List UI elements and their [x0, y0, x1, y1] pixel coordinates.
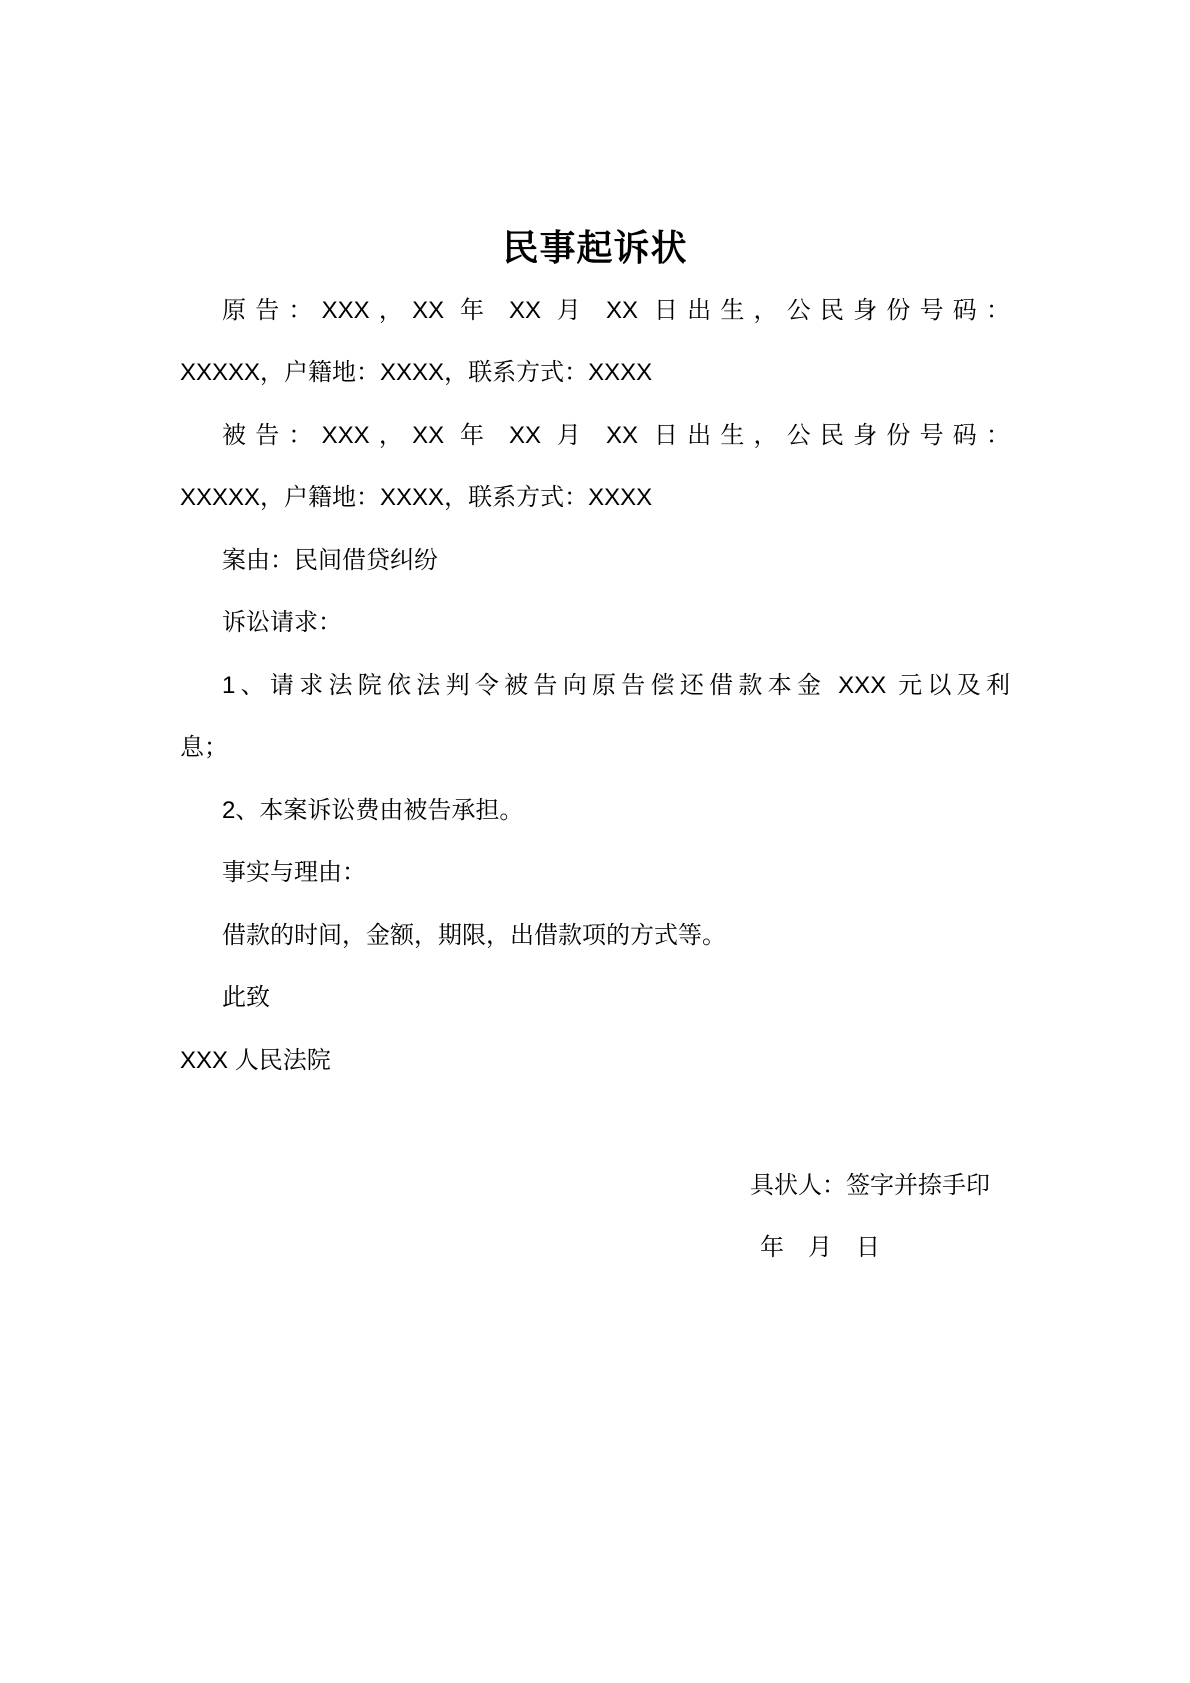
document-line: 被告：XXX，XX 年 XX 月 XX 日出生，公民身份号码： [180, 405, 1010, 468]
document-title: 民事起诉状 [180, 217, 1010, 280]
document-line: 1、请求法院依法判令被告向原告偿还借款本金 XXX 元以及利 [180, 655, 1010, 718]
blank-line [180, 1092, 1010, 1155]
document-line: 诉讼请求： [180, 592, 1010, 655]
document-line: 年 月 日 [180, 1217, 1010, 1280]
document-line: XXX 人民法院 [180, 1030, 1010, 1093]
document-line: 息； [180, 717, 1010, 780]
document-line: 借款的时间，金额，期限，出借款项的方式等。 [180, 905, 1010, 968]
document-line: XXXXX，户籍地：XXXX，联系方式：XXXX [180, 342, 1010, 405]
document-line: 具状人：签字并捺手印 [180, 1155, 1010, 1218]
document-line: 原告：XXX，XX 年 XX 月 XX 日出生，公民身份号码： [180, 280, 1010, 343]
document-page: 民事起诉状 原告：XXX，XX 年 XX 月 XX 日出生，公民身份号码：XXX… [0, 0, 1190, 1683]
document-line: 案由：民间借贷纠纷 [180, 530, 1010, 593]
document-line: 此致 [180, 967, 1010, 1030]
document-line: 事实与理由： [180, 842, 1010, 905]
document-content: 民事起诉状 原告：XXX，XX 年 XX 月 XX 日出生，公民身份号码：XXX… [180, 217, 1010, 1280]
document-line: 2、本案诉讼费由被告承担。 [180, 780, 1010, 843]
document-body: 原告：XXX，XX 年 XX 月 XX 日出生，公民身份号码：XXXXX，户籍地… [180, 280, 1010, 1280]
document-line: XXXXX，户籍地：XXXX，联系方式：XXXX [180, 467, 1010, 530]
